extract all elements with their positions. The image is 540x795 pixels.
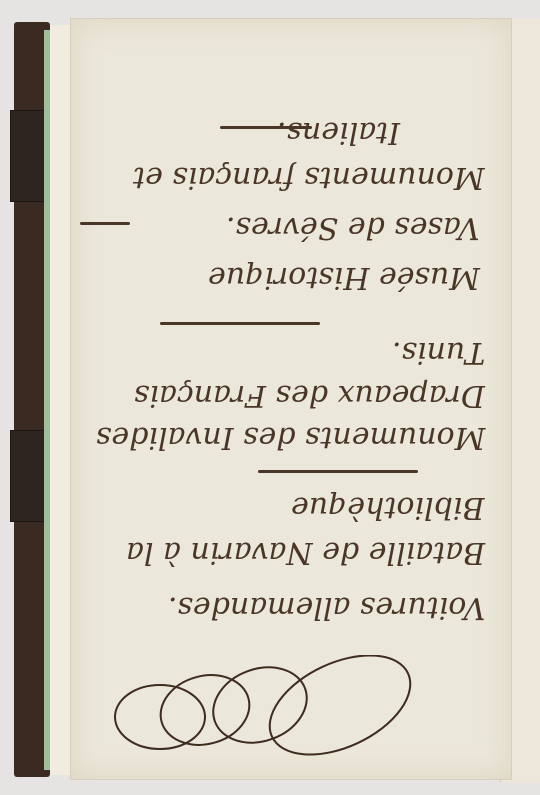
hw-line: Bataille de Navarin à la: [126, 535, 485, 570]
hw-line: Voitures allemandes.: [168, 590, 485, 625]
hw-line: Tunis.: [392, 335, 485, 370]
hw-line: Monuments français et: [133, 160, 485, 195]
rule: [220, 126, 312, 129]
hw-line: Drapeaux des Français: [134, 378, 485, 413]
rule: [80, 222, 130, 225]
hw-line: Musée Historique: [208, 260, 480, 295]
rule: [160, 322, 320, 325]
hw-line: Vases de Sévres.: [226, 210, 480, 245]
hw-line: Monuments des Invalides: [96, 420, 485, 455]
flourish-loops: [110, 655, 430, 765]
hw-line: Italiens.: [277, 115, 400, 150]
hw-line: Bibliothèque: [291, 490, 485, 525]
rule: [258, 470, 418, 473]
